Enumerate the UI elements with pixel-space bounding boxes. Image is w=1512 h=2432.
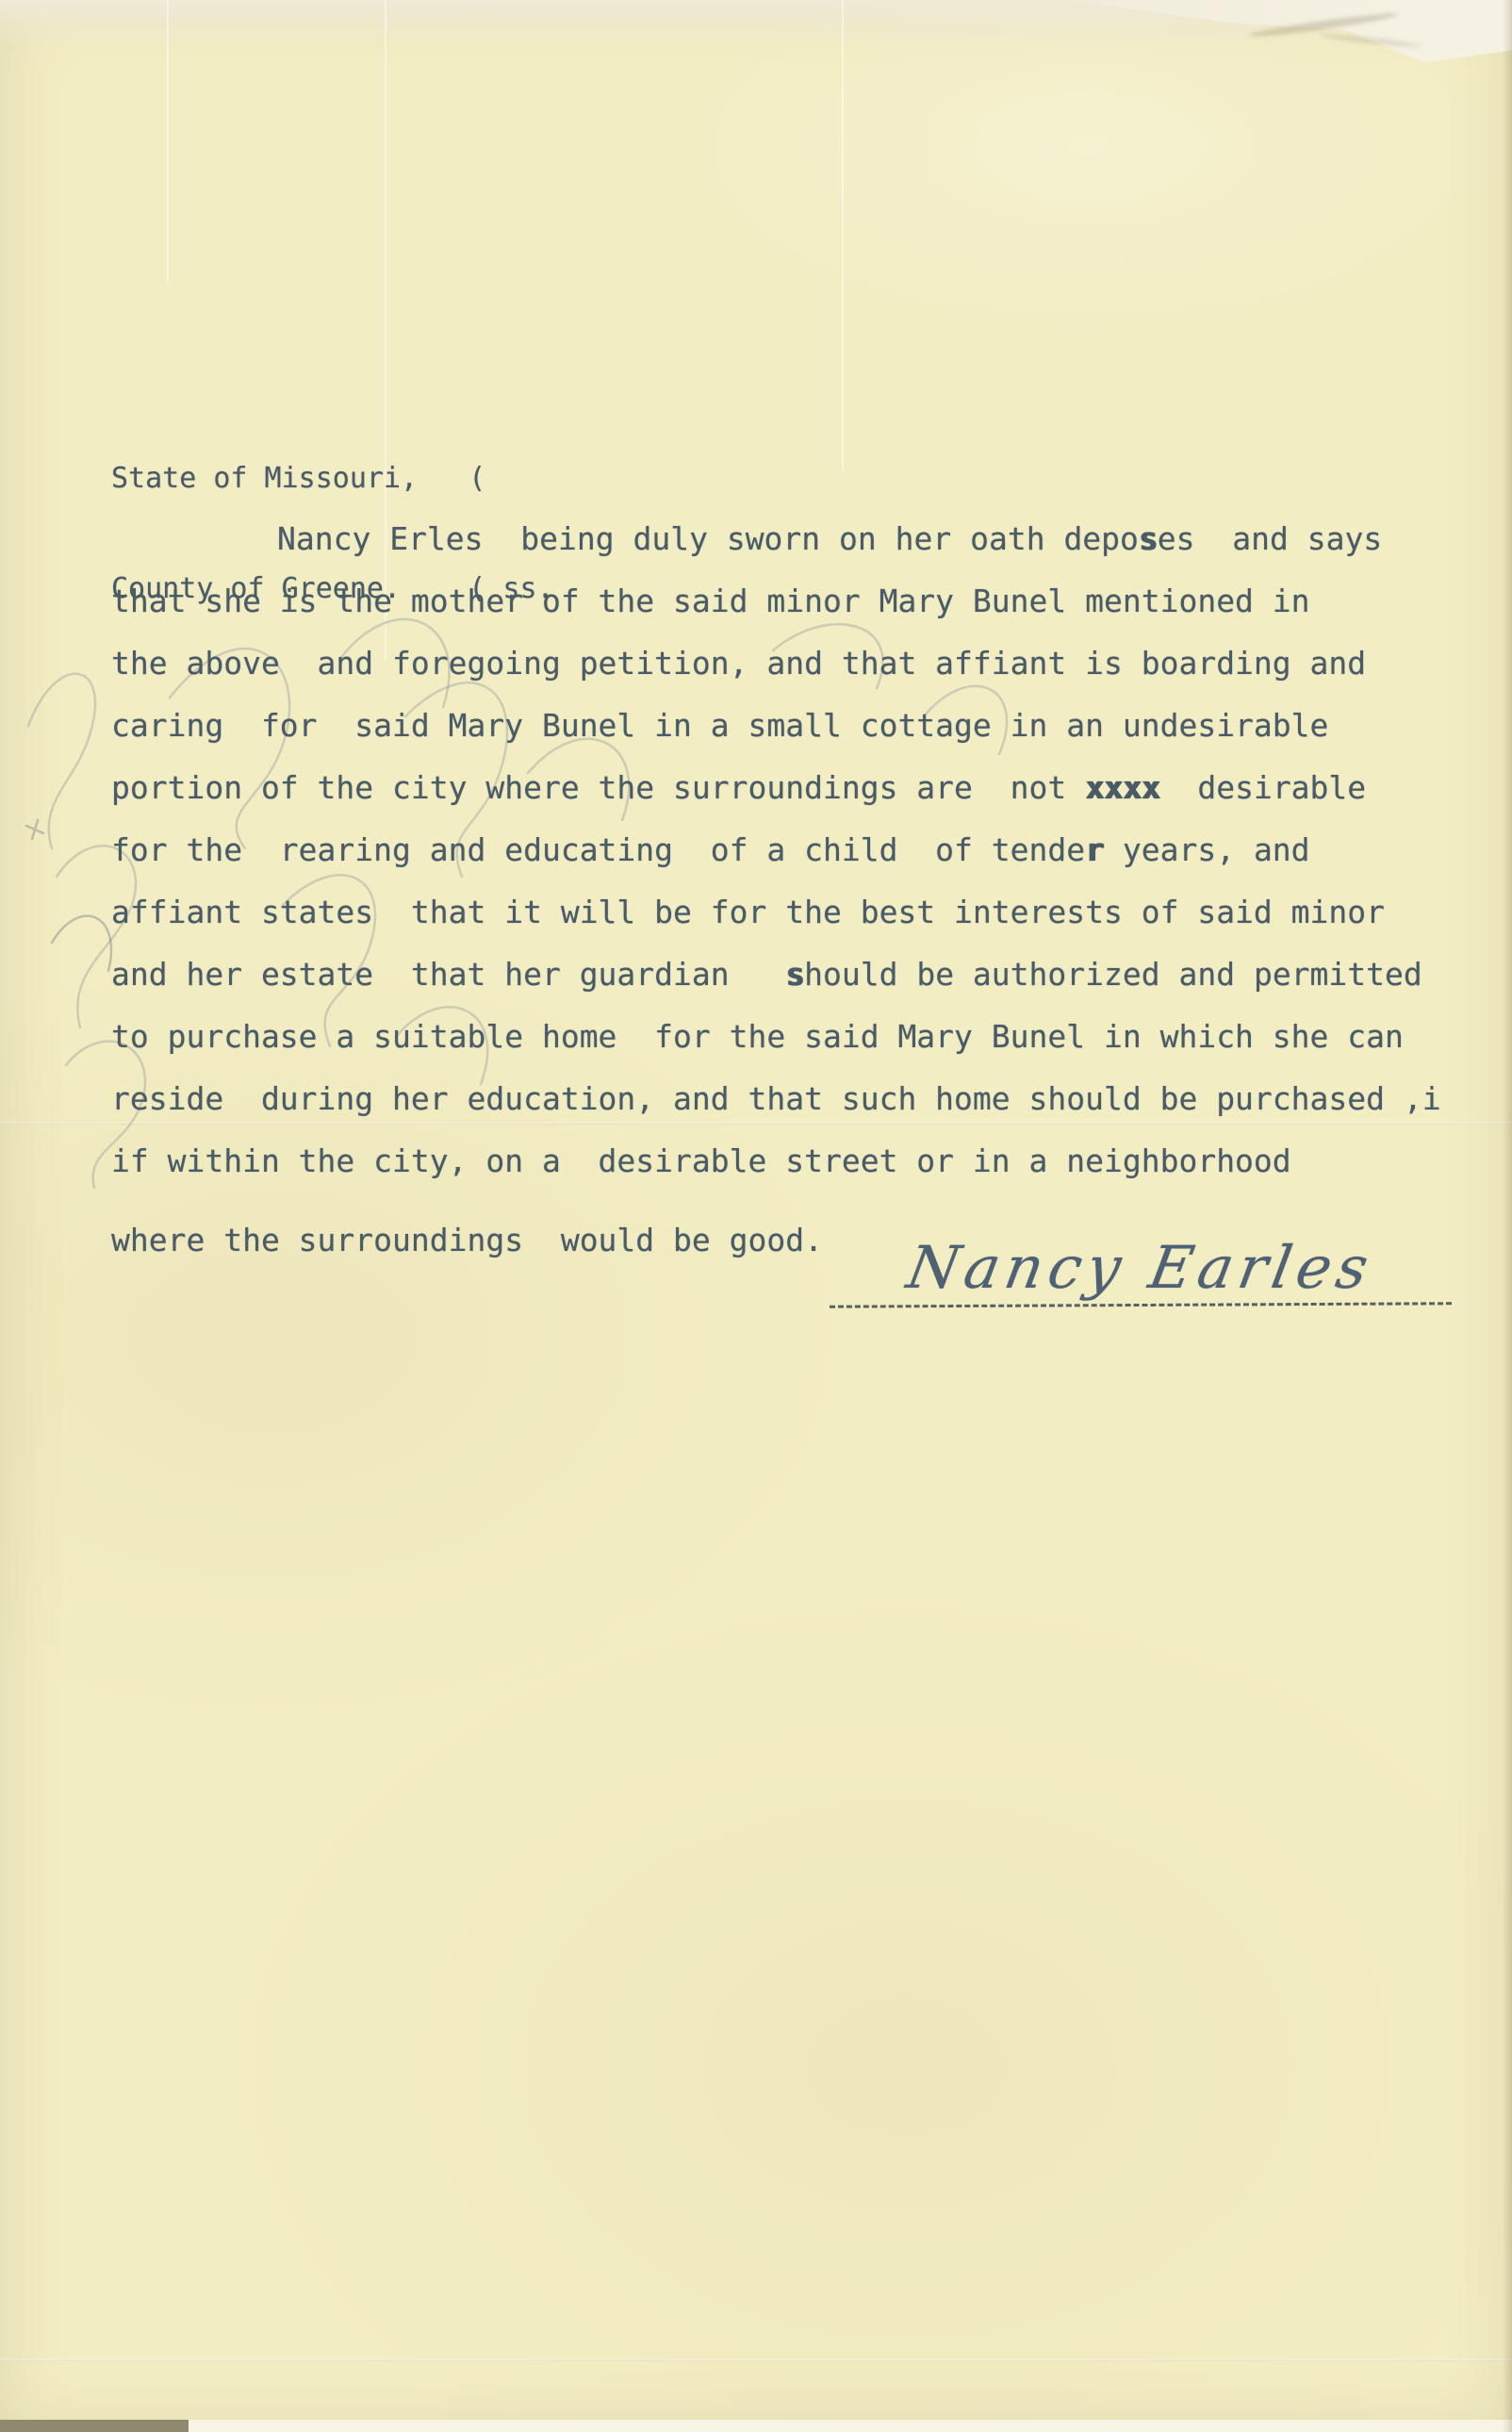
affidavit-line: Nancy Erles being duly sworn on her oath…: [111, 520, 1450, 583]
right-edge-shadow: [1503, 0, 1512, 2432]
signature: Nancy Earles: [824, 1233, 1458, 1302]
affidavit-line: portion of the city where the surroundin…: [111, 769, 1450, 831]
signature-underline: [830, 1302, 1452, 1307]
text-segment: where the surroundings would be good.: [111, 1222, 823, 1258]
text-segment: portion of the city where the surroundin…: [111, 769, 1085, 806]
vertical-crease-1: [167, 0, 169, 283]
text-segment: if within the city, on a desirable stree…: [111, 1142, 1291, 1179]
affidavit-line: and her estate that her guardian should …: [111, 956, 1450, 1018]
text-segment: that she is the mother of the said minor…: [111, 583, 1310, 619]
text-segment: the above and foregoing petition, and th…: [111, 645, 1366, 682]
text-segment: years, and: [1104, 831, 1310, 868]
text-segment: caring for said Mary Bunel in a small co…: [111, 707, 1328, 744]
affidavit-line: affiant states that it will be for the b…: [111, 894, 1450, 956]
text-segment: to purchase a suitable home for the said…: [111, 1018, 1404, 1055]
affidavit-line: for the rearing and educating of a child…: [111, 831, 1450, 894]
affidavit-line: to purchase a suitable home for the said…: [111, 1018, 1450, 1080]
overstruck-text-segment: s: [785, 956, 804, 993]
affidavit-body: Nancy Erles being duly sworn on her oath…: [111, 520, 1450, 1284]
affidavit-line: the above and foregoing petition, and th…: [111, 645, 1450, 707]
horizontal-fold-crease-lower: [0, 2358, 1512, 2361]
text-segment: Nancy Erles being duly sworn on her oath…: [277, 520, 1139, 557]
scan-bottom-left-corner: [0, 2420, 189, 2432]
signature-block: Nancy Earles: [830, 1233, 1452, 1306]
affidavit-line: reside during her education, and that su…: [111, 1080, 1450, 1142]
overstruck-text-segment: s: [1139, 520, 1158, 557]
text-segment: for the rearing and educating of a child…: [111, 831, 1085, 868]
venue-state-line: State of Missouri, (: [111, 460, 554, 497]
text-segment: desirable: [1160, 769, 1367, 806]
overstruck-text-segment: xxxx: [1085, 769, 1159, 806]
affidavit-line: that she is the mother of the said minor…: [111, 583, 1450, 645]
text-segment: reside during her education, and that su…: [111, 1080, 1441, 1117]
affidavit-document-page: State of Missouri, ( County of Greene. (…: [0, 0, 1512, 2432]
text-segment: and her estate that her guardian: [111, 956, 785, 993]
text-segment: affiant states that it will be for the b…: [111, 894, 1385, 930]
overstruck-text-segment: r: [1085, 831, 1104, 868]
scan-bottom-edge: [189, 2420, 1512, 2432]
affidavit-line: if within the city, on a desirable stree…: [111, 1142, 1450, 1205]
text-segment: es and says: [1158, 520, 1382, 557]
text-segment: hould be authorized and permitted: [804, 956, 1422, 993]
affidavit-line: caring for said Mary Bunel in a small co…: [111, 707, 1450, 769]
vertical-crease-3: [842, 0, 844, 471]
